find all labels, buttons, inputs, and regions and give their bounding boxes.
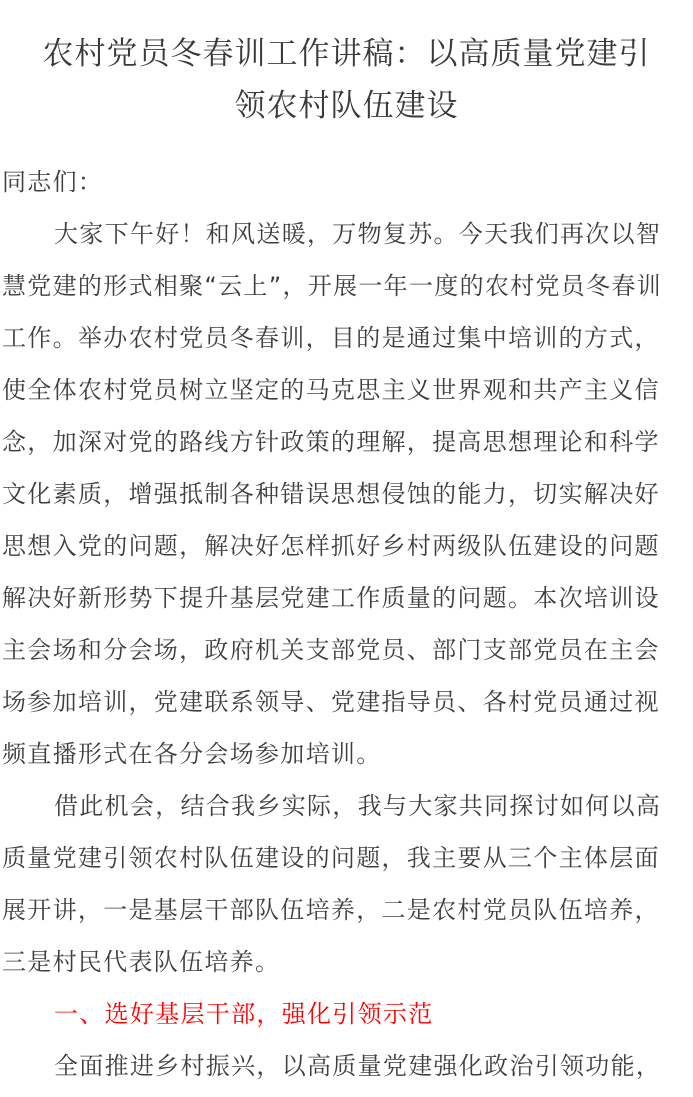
paragraph-line: 三是村民代表队伍培养。 [0, 936, 693, 988]
paragraph-line: 频直播形式在各分会场参加培训。 [0, 728, 693, 780]
paragraph-line: 质量党建引领农村队伍建设的问题，我主要从三个主体层面 [0, 832, 693, 884]
paragraph-line: 思想入党的问题，解决好怎样抓好乡村两级队伍建设的问题 [0, 520, 693, 572]
document-body: 同志们： 大家下午好！和风送暖，万物复苏。今天我们再次以智 慧党建的形式相聚“云… [0, 156, 693, 1092]
paragraph-line: 文化素质，增强抵制各种错误思想侵蚀的能力，切实解决好 [0, 468, 693, 520]
section-heading: 一、选好基层干部，强化引领示范 [0, 988, 693, 1040]
paragraph-outline: 借此机会，结合我乡实际，我与大家共同探讨如何以高 质量党建引领农村队伍建设的问题… [0, 780, 693, 988]
paragraph-line: 使全体农村党员树立坚定的马克思主义世界观和共产主义信 [0, 364, 693, 416]
paragraph-line: 主会场和分会场，政府机关支部党员、部门支部党员在主会 [0, 624, 693, 676]
document-title: 农村党员冬春训工作讲稿：以高质量党建引 领农村队伍建设 [0, 0, 693, 132]
title-line-2: 领农村队伍建设 [0, 80, 693, 132]
paragraph-line: 大家下午好！和风送暖，万物复苏。今天我们再次以智 [0, 208, 693, 260]
paragraph-line: 借此机会，结合我乡实际，我与大家共同探讨如何以高 [0, 780, 693, 832]
paragraph-line: 慧党建的形式相聚“云上”，开展一年一度的农村党员冬春训 [0, 260, 693, 312]
paragraph-line: 工作。举办农村党员冬春训，目的是通过集中培训的方式， [0, 312, 693, 364]
section-paragraph-line: 全面推进乡村振兴，以高质量党建强化政治引领功能， [0, 1040, 693, 1092]
paragraph-opening: 大家下午好！和风送暖，万物复苏。今天我们再次以智 慧党建的形式相聚“云上”，开展… [0, 208, 693, 780]
salutation: 同志们： [0, 156, 693, 208]
paragraph-line: 念，加深对党的路线方针政策的理解，提高思想理论和科学 [0, 416, 693, 468]
document-page: 农村党员冬春训工作讲稿：以高质量党建引 领农村队伍建设 同志们： 大家下午好！和… [0, 0, 693, 1092]
paragraph-line: 解决好新形势下提升基层党建工作质量的问题。本次培训设 [0, 572, 693, 624]
title-line-1: 农村党员冬春训工作讲稿：以高质量党建引 [0, 28, 693, 80]
paragraph-line: 展开讲，一是基层干部队伍培养，二是农村党员队伍培养， [0, 884, 693, 936]
paragraph-line: 场参加培训，党建联系领导、党建指导员、各村党员通过视 [0, 676, 693, 728]
